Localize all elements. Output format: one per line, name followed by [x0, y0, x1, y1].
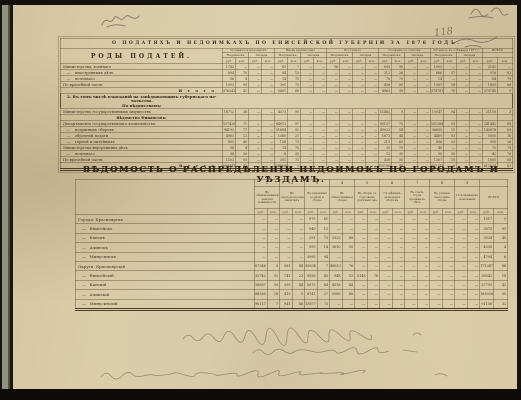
t2-value-rub: — — [455, 252, 468, 261]
t2-row-label: — Ачинскій — [76, 290, 255, 299]
t2-group-number: 3 — [305, 180, 330, 187]
t2-value-kop: — — [292, 233, 305, 242]
t2-value-rub: 185036 — [480, 290, 494, 299]
t2-value-kop: — — [342, 224, 355, 233]
t2-value-rub: 5145 — [355, 271, 368, 280]
t2-value-kop: 3 — [267, 261, 280, 270]
t2-value-kop: — — [442, 252, 455, 261]
t2-value-rub: — — [430, 280, 443, 289]
t2-value-rub: 3610 — [330, 243, 343, 252]
t2-value-rub: 959 — [305, 243, 318, 252]
t2-value-kop: — — [467, 252, 480, 261]
t2-group-number: 4 — [330, 180, 355, 187]
t2-value-kop: — — [442, 233, 455, 242]
t2-value-rub: 4794 — [480, 252, 494, 261]
t2-value-kop: 43 — [494, 280, 508, 289]
empty-cell — [288, 94, 301, 109]
t2-value-kop: 76 — [367, 271, 380, 280]
t2-value-rub: — — [455, 233, 468, 242]
t2-value-rub: — — [430, 243, 443, 252]
t2-value-kop: — — [442, 224, 455, 233]
t2-value-kop: — — [417, 215, 430, 224]
t2-value-kop: — — [442, 243, 455, 252]
t2-value-kop: — — [392, 252, 405, 261]
t2-value-rub: 87546 — [255, 261, 268, 270]
t2-value-kop: — — [442, 280, 455, 289]
t2-value-rub: 98117 — [255, 299, 268, 309]
t2-value-rub: — — [355, 215, 368, 224]
t1-group-row: РОДЫ ПОДАТЕЙ.Оставалось недоимокъВновь п… — [61, 49, 513, 53]
t2-value-rub: 395 — [280, 280, 293, 289]
t2-value-kop: — — [417, 261, 430, 270]
t2-value-rub: — — [430, 252, 443, 261]
t2-value-rub: — — [380, 261, 393, 270]
t2-value-rub: — — [280, 215, 293, 224]
t2-row: — Енисейскъ————54913————————————357191 — [76, 224, 508, 233]
t2-value-rub: — — [405, 243, 418, 252]
t2-value-rub: 948 — [330, 271, 343, 280]
t2-column-group: Въ сборы съ торговыхъ документовъ — [355, 187, 380, 209]
t1-stub-header: РОДЫ ПОДАТЕЙ. — [61, 49, 223, 64]
t2-value-kop: — — [442, 215, 455, 224]
t2-value-kop: 27 — [317, 290, 330, 299]
empty-cell — [314, 94, 327, 109]
t2-value-kop: 88 — [342, 290, 355, 299]
t2-row-label: — Минусинскій — [76, 299, 255, 309]
t2-value-rub: 8741 — [305, 290, 318, 299]
t2-value-kop: — — [392, 215, 405, 224]
t2-value-rub: — — [405, 224, 418, 233]
t2-value-rub: — — [255, 233, 268, 242]
t2-value-kop: — — [442, 299, 455, 309]
t2-value-rub: — — [355, 261, 368, 270]
t2-value-kop: — — [292, 215, 305, 224]
t2-value-rub: 58043 — [480, 271, 494, 280]
empty-cell — [457, 94, 470, 109]
t2-value-kop: — — [417, 271, 430, 280]
t2-value-rub: — — [280, 224, 293, 233]
t2-value-kop: 30 — [342, 243, 355, 252]
t2-value-kop: — — [392, 261, 405, 270]
t2-value-rub: 5975 — [305, 280, 318, 289]
t2-value-rub: 549 — [305, 224, 318, 233]
t2-value-rub: 391 — [305, 233, 318, 242]
t2-row-label: — Енисейскъ — [76, 224, 255, 233]
t2-group-number: 8 — [430, 180, 455, 187]
t2-value-kop: 6 — [494, 252, 508, 261]
empty-cell — [444, 94, 457, 109]
t2-value-kop: — — [392, 280, 405, 289]
empty-cell — [431, 94, 444, 109]
t2-value-kop: 23 — [292, 271, 305, 280]
t2-value-kop: — — [417, 224, 430, 233]
t2-column-group: Положенныхъ взысканій — [455, 187, 480, 209]
t2-value-rub: — — [355, 224, 368, 233]
t2-value-kop: 91 — [494, 224, 508, 233]
t2-value-rub: — — [355, 243, 368, 252]
t2-value-rub: — — [255, 215, 268, 224]
t2-value-rub: — — [455, 243, 468, 252]
t2-value-rub: 1517 — [480, 215, 494, 224]
t2-value-kop: 40 — [494, 233, 508, 242]
t2-row: — Минусинскій981177941481587773—————————… — [76, 299, 508, 309]
empty-cell — [340, 94, 353, 109]
t2-value-kop: — — [342, 299, 355, 309]
t2-value-kop: 73 — [317, 233, 330, 242]
t2-value-rub: — — [430, 215, 443, 224]
t2-value-kop: — — [467, 271, 480, 280]
t2-value-kop: — — [467, 215, 480, 224]
t2-value-rub: 981 — [280, 261, 293, 270]
t2-value-kop: — — [417, 233, 430, 242]
empty-cell — [470, 94, 483, 109]
t2-value-kop: 4 — [494, 243, 508, 252]
empty-cell — [275, 94, 288, 109]
t2-value-kop: 40 — [317, 271, 330, 280]
t1-row-label: Министерство государственныхъ имуществъ — [61, 109, 223, 115]
t2-value-kop: 7 — [267, 299, 280, 309]
t2-value-rub: 5085 — [330, 290, 343, 299]
t2-value-rub: — — [330, 299, 343, 309]
t2-value-rub: — — [430, 233, 443, 242]
t2-value-kop: — — [367, 290, 380, 299]
t2-group-number: 1 — [255, 180, 280, 187]
t1-title-row: О ПОДАТЯХЪ И НЕДОИМКАХЪ ПО ЕНИСЕЙСКОЙ ГУ… — [61, 39, 513, 49]
t2-value-kop: — — [417, 299, 430, 309]
t2-row: — Енисейскій3574292741239558409485351457… — [76, 271, 508, 280]
t2-value-rub: — — [355, 280, 368, 289]
t2-value-rub: — — [405, 290, 418, 299]
t2-value-kop: 86 — [494, 261, 508, 270]
t2-value-kop: 48 — [292, 299, 305, 309]
t2-value-rub: 91156 — [480, 299, 494, 309]
t2-value-rub: — — [430, 224, 443, 233]
t2-group-number — [480, 180, 508, 187]
empty-cell — [262, 94, 275, 109]
scan-edge-bottom — [0, 389, 521, 400]
t2-value-kop: — — [442, 271, 455, 280]
empty-cell — [327, 94, 340, 109]
t2-value-kop: 61 — [317, 215, 330, 224]
t2-value-rub: — — [380, 233, 393, 242]
t2-value-kop: — — [442, 290, 455, 299]
t2-group-number: 9 — [455, 180, 480, 187]
t2-value-rub: — — [380, 215, 393, 224]
t2-value-rub: — — [280, 252, 293, 261]
t2-value-kop: 7 — [317, 261, 330, 270]
t2-value-rub: 15877 — [305, 299, 318, 309]
t2-value-rub: — — [380, 252, 393, 261]
t2-value-kop: — — [417, 280, 430, 289]
t2-value-rub: — — [255, 224, 268, 233]
t2-value-rub: 171347 — [480, 261, 494, 270]
t2-value-kop: 94 — [317, 252, 330, 261]
t2-value-rub: — — [455, 215, 468, 224]
empty-cell — [366, 94, 379, 109]
t2-value-kop: 73 — [317, 299, 330, 309]
t2-column-group: Съ мѣщанъ окладныхъ сборовъ — [380, 187, 405, 209]
pencil-scribble-top-right — [465, 4, 517, 30]
t2-value-kop: — — [467, 290, 480, 299]
t1-row: 2. Въ томъ числѣ взысканій на завѣдывающ… — [61, 94, 513, 109]
t2-value-kop: — — [342, 215, 355, 224]
t2-value-kop: 76 — [342, 261, 355, 270]
empty-cell — [418, 94, 431, 109]
t2-value-kop: — — [267, 243, 280, 252]
t2-value-kop: 32 — [494, 299, 508, 309]
t2-group-number: 6 — [380, 180, 405, 187]
t2-value-rub: 741 — [280, 271, 293, 280]
t2-value-rub: 941 — [280, 299, 293, 309]
t2-value-rub: — — [380, 243, 393, 252]
empty-cell — [236, 94, 249, 109]
t2-value-rub: — — [280, 243, 293, 252]
t2-row: — Ачинскъ————95914361030——————————43354 — [76, 243, 508, 252]
empty-cell — [483, 94, 498, 109]
t2-value-rub: — — [330, 252, 343, 261]
t2-value-kop: — — [417, 290, 430, 299]
document-page: 118 О ПОДАТЯХЪ И НЕДОИМКАХЪ ПО ЕНИСЕЙСКО… — [13, 5, 517, 389]
t2-value-kop: — — [467, 261, 480, 270]
t2-column-group: Въ продовольственный капиталъ — [280, 187, 305, 209]
tax-arrears-summary-table: О ПОДАТЯХЪ И НЕДОИМКАХЪ ПО ЕНИСЕЙСКОЙ ГУ… — [60, 38, 513, 171]
t2-value-kop: — — [367, 233, 380, 242]
empty-cell — [353, 94, 366, 109]
t2-value-rub: — — [455, 224, 468, 233]
t2-row: — Минусинскъ————399594————————————47946 — [76, 252, 508, 261]
t2-value-kop: — — [367, 261, 380, 270]
t2-column-group: Въ счетъ ссудъ прежнихъ лѣтъ — [405, 187, 430, 209]
t2-value-rub: 35742 — [255, 271, 268, 280]
handwritten-signature-lines — [83, 323, 483, 389]
t2-group-number: 5 — [355, 180, 380, 187]
t1-row-label: По врачебной части — [61, 82, 223, 88]
t2-value-rub: — — [455, 261, 468, 270]
t2-value-kop: 13 — [317, 224, 330, 233]
t2-column-group: Въ разные мелочные сборы — [430, 187, 455, 209]
t2-value-rub: — — [255, 243, 268, 252]
t2-column-group: Въ обыкновенныя земскія повинности — [255, 187, 280, 209]
scanned-document-screenshot: 118 О ПОДАТЯХЪ И НЕДОИМКАХЪ ПО ЕНИСЕЙСКО… — [0, 0, 521, 400]
t2-row: — Ачинскій88585284135874127508588———————… — [76, 290, 508, 299]
empty-cell — [301, 94, 314, 109]
t2-value-kop: 53 — [342, 271, 355, 280]
t2-value-rub: 3571 — [480, 224, 494, 233]
empty-cell — [249, 94, 262, 109]
arrears-by-town-district-table: 123456789Въ обыкновенныя земскія повинно… — [75, 179, 508, 311]
t2-value-kop: — — [367, 280, 380, 289]
t2-value-kop: — — [292, 243, 305, 252]
t2-value-kop: 5 — [292, 290, 305, 299]
t2-value-kop: — — [367, 252, 380, 261]
t2-value-rub: 3995 — [305, 252, 318, 261]
t2-value-rub: — — [330, 224, 343, 233]
t2-value-kop: — — [367, 299, 380, 309]
t2-row: Округи: Красноярскій87546398144958347468… — [76, 261, 508, 270]
t2-value-rub: — — [280, 233, 293, 242]
empty-cell — [405, 94, 418, 109]
t2-value-kop: 14 — [317, 243, 330, 252]
t2-value-rub: — — [455, 290, 468, 299]
t2-value-rub: — — [430, 271, 443, 280]
empty-cell — [498, 94, 513, 109]
t2-value-rub: — — [380, 290, 393, 299]
t2-value-kop: — — [267, 252, 280, 261]
table1-title: О ПОДАТЯХЪ И НЕДОИМКАХЪ ПО ЕНИСЕЙСКОЙ ГУ… — [61, 39, 513, 49]
t2-value-kop: — — [417, 252, 430, 261]
t2-value-rub: — — [355, 252, 368, 261]
t2-row: Города: Красноярскъ————97561————————————… — [76, 215, 508, 224]
t2-value-kop: 84 — [317, 280, 330, 289]
empty-cell — [379, 94, 392, 109]
t2-value-kop: 30 — [494, 290, 508, 299]
t2-value-rub: — — [430, 261, 443, 270]
t2-value-kop: 28 — [267, 290, 280, 299]
t2-row-label: — Минусинскъ — [76, 252, 255, 261]
t2-value-kop: — — [467, 299, 480, 309]
t2-value-rub: — — [405, 215, 418, 224]
t2-value-rub: — — [380, 299, 393, 309]
t2-value-kop: — — [392, 224, 405, 233]
t2-value-kop: — — [392, 243, 405, 252]
t2-stub-spacer — [76, 180, 255, 215]
t2-value-kop: — — [367, 243, 380, 252]
book-spine-edge — [0, 0, 13, 400]
t2-value-rub: 4518 — [330, 280, 343, 289]
t2-row: — Канскъ————39173332289——————————393440 — [76, 233, 508, 242]
t2-value-kop: 44 — [342, 280, 355, 289]
t2-value-rub: 3322 — [330, 233, 343, 242]
t2-row: — Канскій168875939544597584451844———————… — [76, 280, 508, 289]
t2-row-label: Города: Красноярскъ — [76, 215, 255, 224]
t2-value-rub: — — [455, 280, 468, 289]
t2-value-rub: — — [430, 299, 443, 309]
t2-value-kop: — — [467, 243, 480, 252]
t2-value-kop: — — [367, 215, 380, 224]
t2-value-rub: — — [430, 290, 443, 299]
t2-value-kop: — — [392, 290, 405, 299]
t2-value-rub: — — [405, 280, 418, 289]
t2-value-kop: — — [392, 233, 405, 242]
scan-edge-right — [517, 0, 521, 400]
t2-value-rub: — — [355, 290, 368, 299]
t2-value-kop: — — [342, 252, 355, 261]
t2-value-rub: — — [405, 252, 418, 261]
t2-row-label: — Канскій — [76, 280, 255, 289]
t2-value-kop: — — [292, 252, 305, 261]
t2-value-rub: 975 — [305, 215, 318, 224]
t2-row-label: — Канскъ — [76, 233, 255, 242]
t2-value-rub: — — [355, 233, 368, 242]
t2-value-rub: 88585 — [255, 290, 268, 299]
t2-value-kop: — — [467, 280, 480, 289]
t2-value-kop: — — [267, 215, 280, 224]
pencil-scribble-top-left — [99, 11, 145, 31]
t2-value-rub: 4335 — [480, 243, 494, 252]
t2-value-kop: 18 — [494, 271, 508, 280]
t2-value-rub: — — [405, 261, 418, 270]
t2-value-kop: — — [442, 261, 455, 270]
t2-value-rub: — — [380, 224, 393, 233]
t2-value-rub: — — [405, 233, 418, 242]
t2-value-rub: — — [455, 271, 468, 280]
t2-value-kop: 9 — [494, 215, 508, 224]
t2-group-number: 2 — [280, 180, 305, 187]
t2-value-kop: — — [367, 224, 380, 233]
t2-value-rub: — — [405, 271, 418, 280]
t1-row-label: По врачебной части — [61, 157, 223, 163]
t2-value-kop: — — [392, 271, 405, 280]
t2-value-kop: 89 — [342, 233, 355, 242]
t2-value-rub: 16887 — [255, 280, 268, 289]
t2-value-rub: 95834 — [305, 261, 318, 270]
t2-value-kop: — — [467, 233, 480, 242]
t2-value-rub: — — [455, 299, 468, 309]
t2-row-label: — Ачинскъ — [76, 243, 255, 252]
t2-value-rub: 46813 — [330, 261, 343, 270]
t2-row-label: Округи: Красноярскій — [76, 261, 255, 270]
t1-section-line: По вѣдомствамъ: — [61, 104, 223, 108]
empty-cell — [223, 94, 236, 109]
t2-value-rub: — — [330, 215, 343, 224]
t2-value-rub: 37791 — [480, 280, 494, 289]
t1-column-group: Осталось къ 1 Января 1877 г. — [431, 49, 483, 53]
t1-column-group: Оставалось недоимокъ — [223, 49, 275, 53]
t2-value-rub: — — [380, 271, 393, 280]
t2-value-kop: — — [292, 224, 305, 233]
t2-value-kop: 59 — [267, 280, 280, 289]
t2-column-group: ВСЕГО — [480, 187, 508, 209]
t2-value-rub: 9558 — [305, 271, 318, 280]
t2-value-rub: 413 — [280, 290, 293, 299]
t2-group-number: 7 — [405, 180, 430, 187]
t2-value-rub: — — [255, 252, 268, 261]
t2-value-rub: — — [405, 299, 418, 309]
t2-value-kop: 44 — [292, 280, 305, 289]
t2-row-label: — Енисейскій — [76, 271, 255, 280]
t2-column-group: Въ казенныя подати и сборы — [305, 187, 330, 209]
t2-value-kop: — — [267, 224, 280, 233]
t2-value-rub: 3934 — [480, 233, 494, 242]
t2-value-kop: 92 — [267, 271, 280, 280]
t2-column-group: Въ общественные сборы — [330, 187, 355, 209]
empty-cell — [392, 94, 405, 109]
t2-value-kop: — — [267, 233, 280, 242]
t2-value-kop: — — [392, 299, 405, 309]
t2-value-rub: — — [355, 299, 368, 309]
t2-value-kop: — — [467, 224, 480, 233]
t2-value-rub: — — [380, 280, 393, 289]
t2-number-row: 123456789 — [76, 180, 508, 187]
t1-section-header: 2. Въ томъ числѣ взысканій на завѣдывающ… — [61, 94, 223, 109]
t2-value-kop: — — [417, 243, 430, 252]
t2-value-kop: 44 — [292, 261, 305, 270]
